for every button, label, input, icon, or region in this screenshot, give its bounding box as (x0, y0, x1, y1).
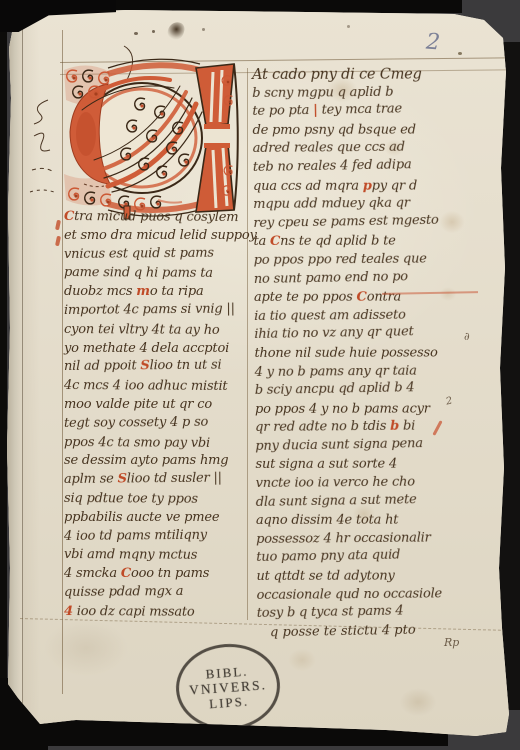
manuscript-text-line: aqno dissim 4e tota ht (256, 512, 472, 531)
manuscript-text-line: b sciy ancpu qd aplid b 4 (255, 378, 471, 400)
manuscript-text-line: po ppos 4 y no b pams acyr (255, 400, 471, 419)
manuscript-text-line: vnicus est quid st pams (64, 244, 246, 264)
manuscript-text-line: 4c mcs 4 ioo adhuc mistit (64, 377, 246, 397)
manuscript-text-line: tuo pamo pny ata quid (256, 546, 472, 568)
manuscript-text-line: 4 ioo dz capi mssato (64, 603, 246, 623)
manuscript-text-line: ihia tio no vz any qr quet (254, 323, 470, 345)
margin-mark: ∂ (464, 330, 470, 343)
photo-shadow-left (0, 0, 7, 744)
manuscript-text-line: Ctra micud puos q cosylem (64, 208, 246, 228)
manuscript-text-line: aplm se Slioo td susler || (64, 470, 246, 490)
illuminated-initial (24, 38, 244, 222)
manuscript-text-line: sut signa a sut sorte 4 (255, 456, 471, 475)
manuscript-text-line: vbi amd mqny mctus (64, 546, 246, 566)
page-spine-edge (6, 8, 23, 742)
ink-dot (134, 32, 138, 35)
manuscript-text-line: 4 ioo td pams mtiliqny (64, 526, 246, 546)
manuscript-text-line: importot 4c pams si vnig || (64, 300, 246, 320)
library-stamp: BIBL. VNIVERS. LIPS. (173, 640, 283, 733)
manuscript-text-line: dla sunt signa a sut mete (256, 490, 472, 512)
manuscript-text-line: siq pdtue toe ty ppos (64, 490, 246, 510)
folio-number: 2 (425, 30, 441, 56)
ink-fleck (458, 52, 462, 55)
manuscript-text-line: pame sind q hi pams ta (64, 264, 246, 284)
right-text-column: At cado pny di ce Cmegb scny mgpu q apli… (252, 64, 473, 624)
manuscript-text-line: tegt soy cossety 4 p so (64, 413, 246, 433)
manuscript-text-line: 4 smcka Cooo tn pams (64, 565, 246, 584)
manuscript-text-line: yo methate 4 dela accptoi (64, 340, 246, 359)
left-text-column: Ctra micud puos q cosylemet smo dra micu… (64, 208, 246, 622)
manuscript-photo: 2 (0, 0, 520, 750)
manuscript-text-line: duobz mcs mo ta ripa (64, 283, 246, 302)
manuscript-text-line: quisse pdad mgx a (64, 582, 246, 602)
stamp-text-line: LIPS. (209, 693, 250, 711)
manuscript-text-line: ta Cns te qd aplid b te (254, 233, 470, 252)
manuscript-text-line: te po pta | tey mca trae (252, 99, 468, 121)
ink-dot (202, 28, 205, 31)
manuscript-text-line: rey cpeu se pams est mgesto (253, 211, 469, 233)
manuscript-text-line: At cado pny di ce Cmeg (252, 65, 468, 84)
ink-dot (347, 25, 350, 28)
manuscript-text-line: ut qttdt se td adytony (256, 567, 472, 586)
manuscript-text-line: et smo dra micud lelid suppoy (64, 227, 246, 246)
manuscript-text-line: qua ccs ad mqra ppy qr d (253, 177, 469, 196)
manuscript-text-line: se dessim ayto pams hmg (64, 452, 246, 471)
catchword-line: q posse te stictu 4 pto (270, 623, 416, 641)
margin-mark: Rp (444, 636, 459, 649)
manuscript-text-line: teb no reales 4 fed adipa (253, 155, 469, 177)
manuscript-text-line: thone nil sude huie possesso (254, 344, 470, 363)
rubric-dash (55, 236, 61, 247)
manuscript-text-line: moo valde pite ut qr co (64, 396, 246, 415)
ruling-vertical-column-divider (247, 68, 248, 620)
manuscript-text-line: no sunt pamo end no po (254, 267, 470, 289)
manuscript-text-line: ppos 4c ta smo pay vbi (64, 434, 246, 454)
manuscript-text-line: pny ducia sunt signa pena (255, 434, 471, 456)
ink-dot (152, 30, 155, 33)
manuscript-text-line: de pmo psny qd bsque ed (253, 121, 469, 140)
manuscript-text-line: cyon tei vltry 4t ta ay ho (64, 321, 246, 341)
manuscript-page: 2 (6, 8, 510, 742)
manuscript-text-line: ppbabilis aucte ve pmee (64, 509, 246, 528)
manuscript-text-line: nil ad ppoit Slioo tn ut si (64, 357, 246, 377)
rubric-dash (55, 220, 61, 231)
manuscript-text-line: tosy b q tyca st pams 4 (257, 601, 473, 623)
